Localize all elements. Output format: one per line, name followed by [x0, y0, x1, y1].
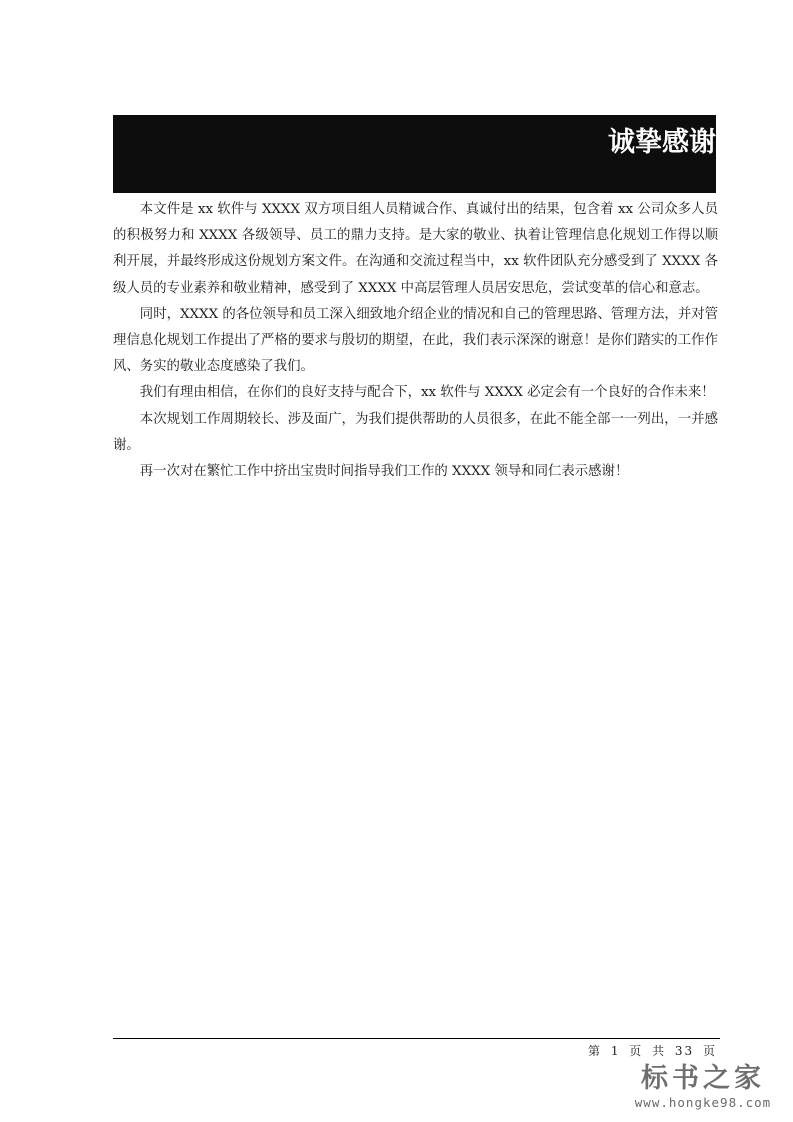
body-content: 本文件是 xx 软件与 XXXX 双方项目组人员精诚合作、真诚付出的结果，包含着… — [113, 197, 718, 485]
title-banner: 诚挚感谢 — [113, 115, 716, 193]
paragraph: 本次规划工作周期较长、涉及面广，为我们提供帮助的人员很多，在此不能全部一一列出，… — [113, 407, 718, 459]
paragraph: 本文件是 xx 软件与 XXXX 双方项目组人员精诚合作、真诚付出的结果，包含着… — [113, 197, 718, 302]
paragraph: 再一次对在繁忙工作中挤出宝贵时间指导我们工作的 XXXX 领导和同仁表示感谢！ — [113, 459, 718, 485]
paragraph: 我们有理由相信，在你们的良好支持与配合下，xx 软件与 XXXX 必定会有一个良… — [113, 380, 718, 406]
watermark: 标书之家 www.hongke98.com — [623, 1063, 783, 1111]
document-page: 诚挚感谢 本文件是 xx 软件与 XXXX 双方项目组人员精诚合作、真诚付出的结… — [0, 0, 793, 1122]
footer-divider — [113, 1038, 720, 1039]
page-title: 诚挚感谢 — [608, 125, 716, 161]
paragraph: 同时，XXXX 的各位领导和员工深入细致地介绍企业的情况和自己的管理思路、管理方… — [113, 302, 718, 381]
watermark-url: www.hongke98.com — [623, 1095, 783, 1111]
page-number: 第 1 页 共 33 页 — [588, 1042, 717, 1059]
watermark-logo: 标书之家 — [623, 1063, 783, 1095]
